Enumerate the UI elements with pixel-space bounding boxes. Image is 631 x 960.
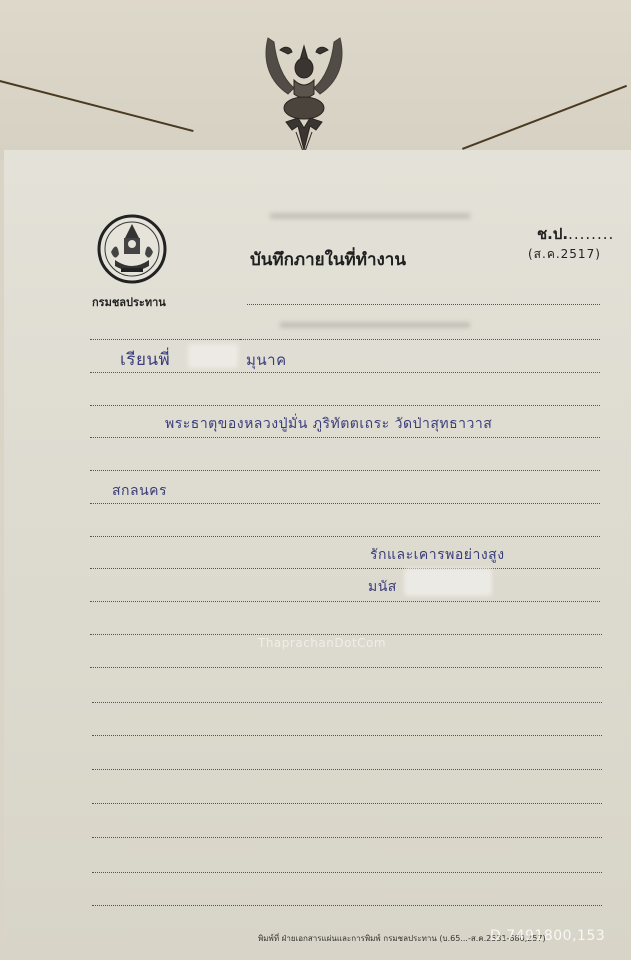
ruled-line (90, 667, 602, 668)
ruled-line (90, 405, 600, 406)
form-code-blank: ........ (568, 225, 614, 243)
ruled-line (90, 437, 600, 438)
salutation-suffix: มุนาค (246, 348, 287, 372)
ruled-line (92, 872, 602, 873)
image-id-overlay: D.7491800,153 (490, 928, 605, 944)
ruled-line (92, 769, 602, 770)
ruled-line (90, 634, 602, 635)
ruled-line (92, 837, 602, 838)
closing: รักและเคารพอย่างสูง (370, 544, 505, 566)
ruled-line (247, 304, 600, 305)
form-year: (ส.ค.2517) (528, 245, 601, 264)
department-seal-icon (97, 214, 167, 284)
show-through-text (270, 213, 470, 219)
form-code-label: ช.ป. (537, 225, 568, 243)
memo-title: บันทึกภายในที่ทำงาน (250, 246, 406, 273)
show-through-text (280, 322, 470, 328)
redacted-signature (404, 568, 492, 596)
form-code: ช.ป......... (537, 222, 614, 246)
salutation: เรียนพี่ (120, 346, 170, 373)
ruled-line (90, 568, 600, 569)
ruled-line (240, 339, 600, 340)
redacted-name (188, 344, 238, 368)
ruled-line (90, 503, 600, 504)
ruled-line (92, 905, 602, 906)
ruled-line (90, 470, 600, 471)
body-line-2: สกลนคร (112, 480, 167, 502)
department-name: กรมชลประทาน (92, 293, 166, 311)
ruled-line (92, 803, 602, 804)
ruled-line (92, 702, 602, 703)
ruled-line (90, 536, 600, 537)
signature: มนัส (368, 576, 397, 598)
watermark: ThaprachanDotCom (258, 636, 386, 650)
garuda-emblem-icon (258, 32, 350, 156)
ruled-line (90, 601, 600, 602)
ruled-line (92, 735, 602, 736)
body-line-1: พระธาตุของหลวงปู่มั่น ภูริทัตตเถระ วัดป่… (165, 413, 492, 435)
